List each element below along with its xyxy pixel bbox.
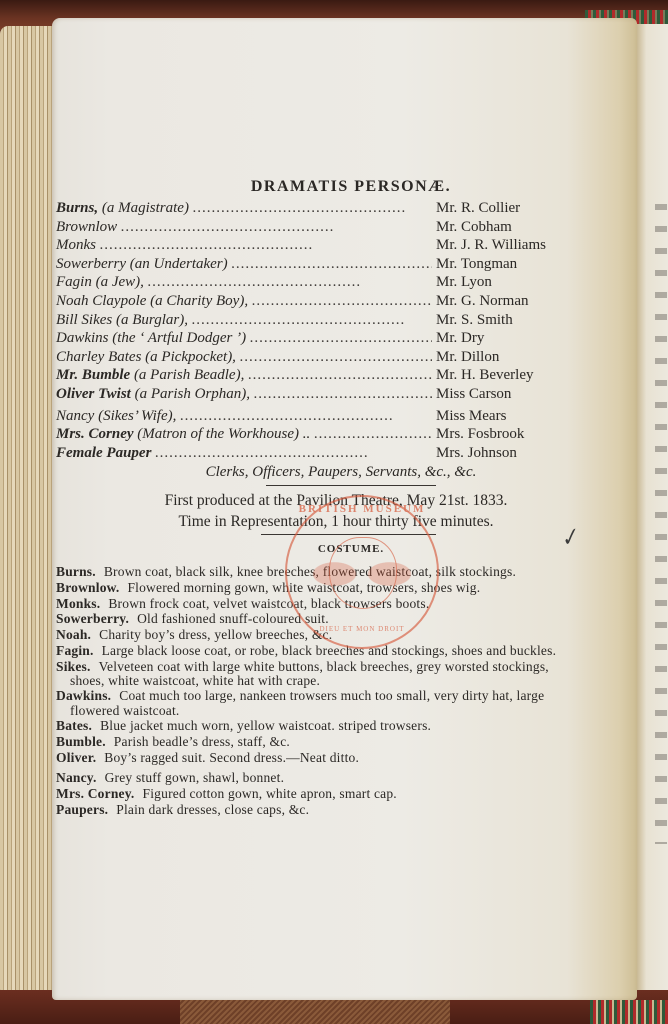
costume-item: Brownlow.Flowered morning gown, white wa… [56, 581, 586, 595]
costume-item: Bumble.Parish beadle’s dress, staff, &c. [56, 735, 586, 749]
leader-dots: ........................................… [232, 256, 432, 274]
leader-dots: ........................................… [254, 386, 432, 404]
bookmark-ribbon-bottom [590, 1000, 668, 1024]
leader-dots: ........................................… [192, 312, 432, 330]
leader-dots: ........................................… [248, 367, 432, 385]
page-content: DRAMATIS PERSONÆ. Burns, (a Magistrate).… [56, 178, 586, 819]
cast-list: Burns, (a Magistrate)...................… [56, 199, 586, 462]
page-edges [0, 26, 54, 1001]
costume-heading: COSTUME. [116, 543, 586, 555]
cast-row: Monks...................................… [56, 236, 586, 255]
cast-row: Sowerberry (an Undertaker)..............… [56, 255, 586, 274]
cast-row: Burns, (a Magistrate)...................… [56, 199, 586, 218]
costume-item: Burns.Brown coat, black silk, knee breec… [56, 565, 586, 579]
leader-dots: ........................................… [250, 330, 432, 348]
leader-dots: ........................................… [180, 408, 432, 426]
costume-item: Sikes.Velveteen coat with large white bu… [56, 660, 586, 688]
divider-rule [266, 485, 436, 486]
cast-row: Female Pauper...........................… [56, 444, 586, 463]
actor-name: Mr. Lyon [436, 273, 586, 291]
leader-dots: ........................................… [155, 445, 432, 463]
costume-item: Fagin.Large black loose coat, or robe, b… [56, 644, 586, 658]
cast-row: Nancy (Sikes’ Wife),....................… [56, 407, 586, 426]
actor-name: Mrs. Johnson [436, 444, 586, 462]
costume-item: Noah.Charity boy’s dress, yellow breeche… [56, 628, 586, 642]
actor-name: Mr. Dry [436, 329, 586, 347]
actor-name: Mrs. Fosbrook [436, 425, 586, 443]
leader-dots: ........................................… [252, 293, 432, 311]
leader-dots: ........................................… [193, 200, 432, 218]
leader-dots: ........................................… [148, 274, 432, 292]
actor-name: Mr. Dillon [436, 348, 586, 366]
actor-name: Mr. H. Beverley [436, 366, 586, 384]
divider-rule [261, 534, 436, 535]
cast-row: Charley Bates (a Pickpocket),...........… [56, 348, 586, 367]
actor-name: Mr. S. Smith [436, 311, 586, 329]
page-title: DRAMATIS PERSONÆ. [116, 178, 586, 196]
time-in-representation: Time in Representation, 1 hour thirty fi… [86, 511, 586, 532]
extras-line: Clerks, Officers, Paupers, Servants, &c.… [96, 464, 586, 481]
actor-name: Miss Carson [436, 385, 586, 403]
leader-dots: ........................................… [121, 219, 432, 237]
costume-item: Dawkins.Coat much too large, nankeen tro… [56, 689, 586, 717]
cast-row: Noah Claypole (a Charity Boy),..........… [56, 292, 586, 311]
facing-page-edge [637, 24, 668, 1009]
leader-dots: ........................................… [100, 237, 432, 255]
actor-name: Miss Mears [436, 407, 586, 425]
cast-row: Dawkins (the ‘ Artful Dodger ’).........… [56, 329, 586, 348]
bleed-through-header [52, 96, 637, 112]
first-produced: First produced at the Pavilion Theatre, … [86, 490, 586, 511]
costume-item: Bates.Blue jacket much worn, yellow wais… [56, 719, 586, 733]
actor-name: Mr. R. Collier [436, 199, 586, 217]
costume-item: Oliver.Boy’s ragged suit. Second dress.—… [56, 751, 586, 765]
actor-name: Mr. J. R. Williams [436, 236, 586, 254]
actor-name: Mr. Tongman [436, 255, 586, 273]
cast-row: Fagin (a Jew),..........................… [56, 273, 586, 292]
leader-dots: ........................................… [240, 349, 432, 367]
cast-row: Oliver Twist (a Parish Orphan),.........… [56, 385, 586, 404]
actor-name: Mr. G. Norman [436, 292, 586, 310]
leader-dots: ........................................… [314, 426, 432, 444]
costume-item: Monks.Brown frock coat, velvet waistcoat… [56, 597, 586, 611]
cast-row: Brownlow................................… [56, 218, 586, 237]
cast-row: Mr. Bumble (a Parish Beadle),...........… [56, 366, 586, 385]
costume-item: Nancy.Grey stuff gown, shawl, bonnet. [56, 771, 586, 785]
cast-row: Bill Sikes (a Burglar),.................… [56, 311, 586, 330]
actor-name: Mr. Cobham [436, 218, 586, 236]
cast-row: Mrs. Corney (Matron of the Workhouse) ..… [56, 425, 586, 444]
costume-item: Sowerberry.Old fashioned snuff-coloured … [56, 612, 586, 626]
facing-page-text-ghost [655, 204, 667, 844]
costume-item: Paupers.Plain dark dresses, close caps, … [56, 803, 586, 817]
costume-list: Burns.Brown coat, black silk, knee breec… [56, 565, 586, 817]
costume-item: Mrs. Corney.Figured cotton gown, white a… [56, 787, 586, 801]
